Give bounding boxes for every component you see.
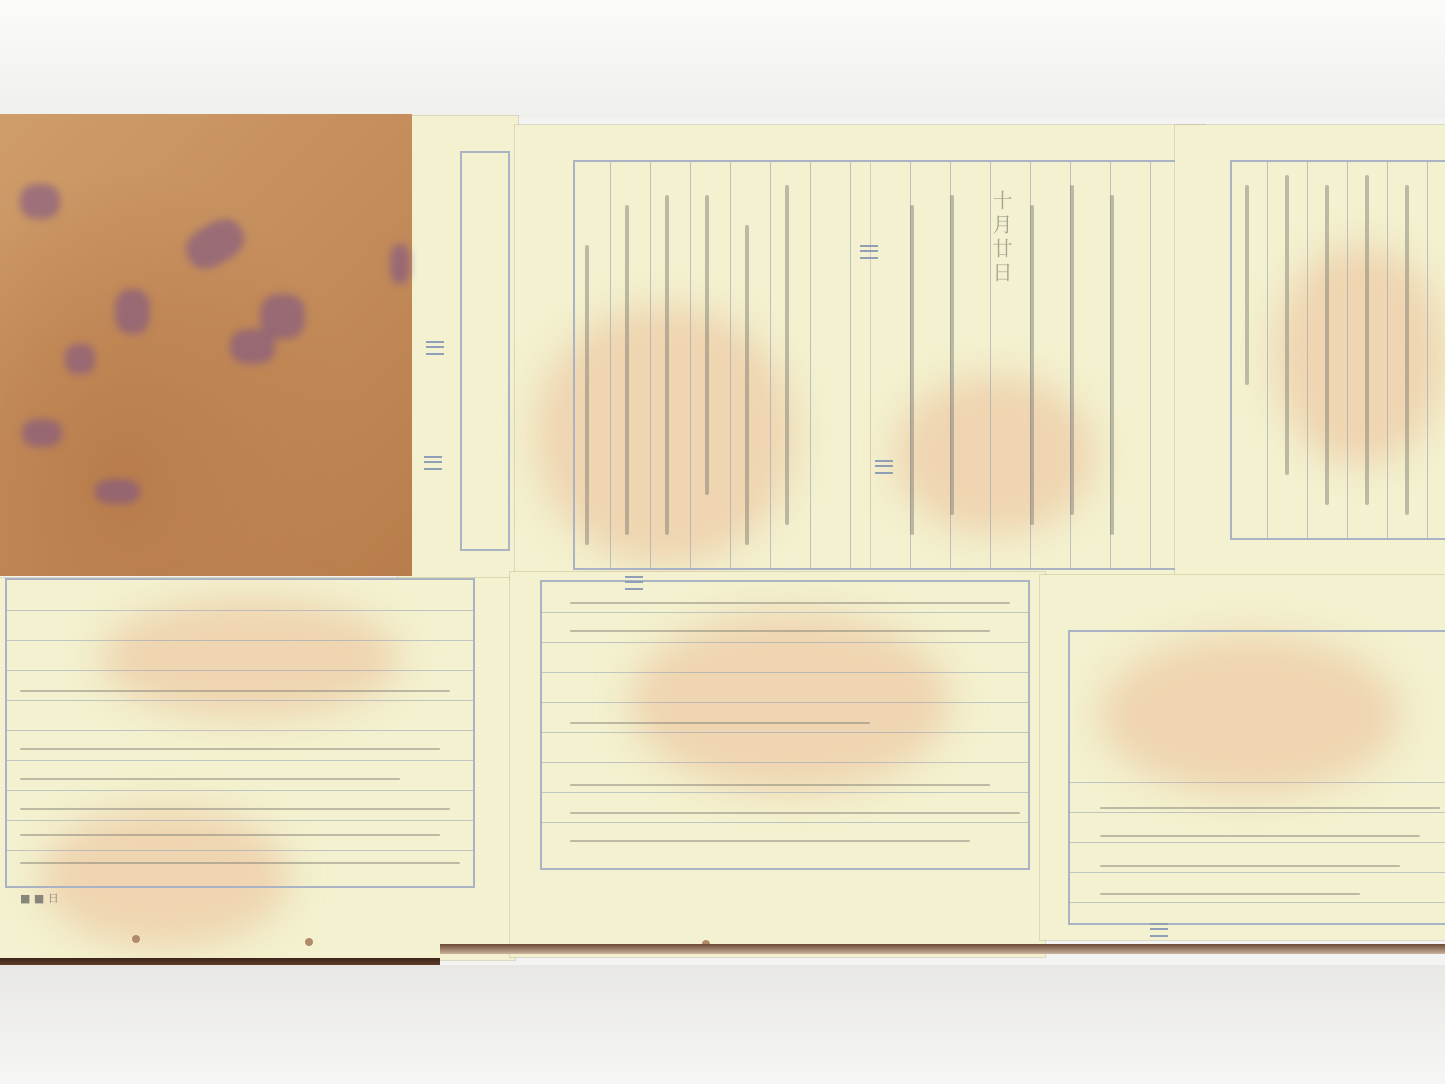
lower-left-page: ■ ■ 日	[0, 578, 515, 960]
lower-right-page	[1040, 575, 1445, 940]
upper-right-page	[1175, 125, 1445, 580]
footer-mark: ■ ■ 日	[20, 890, 59, 906]
lower-middle-page	[510, 572, 1045, 957]
date-annotation: 十月廿日	[987, 190, 1016, 286]
background-top	[0, 0, 1445, 118]
binding-hole	[132, 935, 140, 943]
upper-main-page: 十月廿日	[515, 125, 1205, 580]
upper-strip-page	[398, 116, 518, 578]
background-bottom	[0, 965, 1445, 1084]
album-board-edge	[440, 944, 1445, 954]
binding-hole	[305, 938, 313, 946]
brown-stained-sheet	[0, 114, 412, 576]
